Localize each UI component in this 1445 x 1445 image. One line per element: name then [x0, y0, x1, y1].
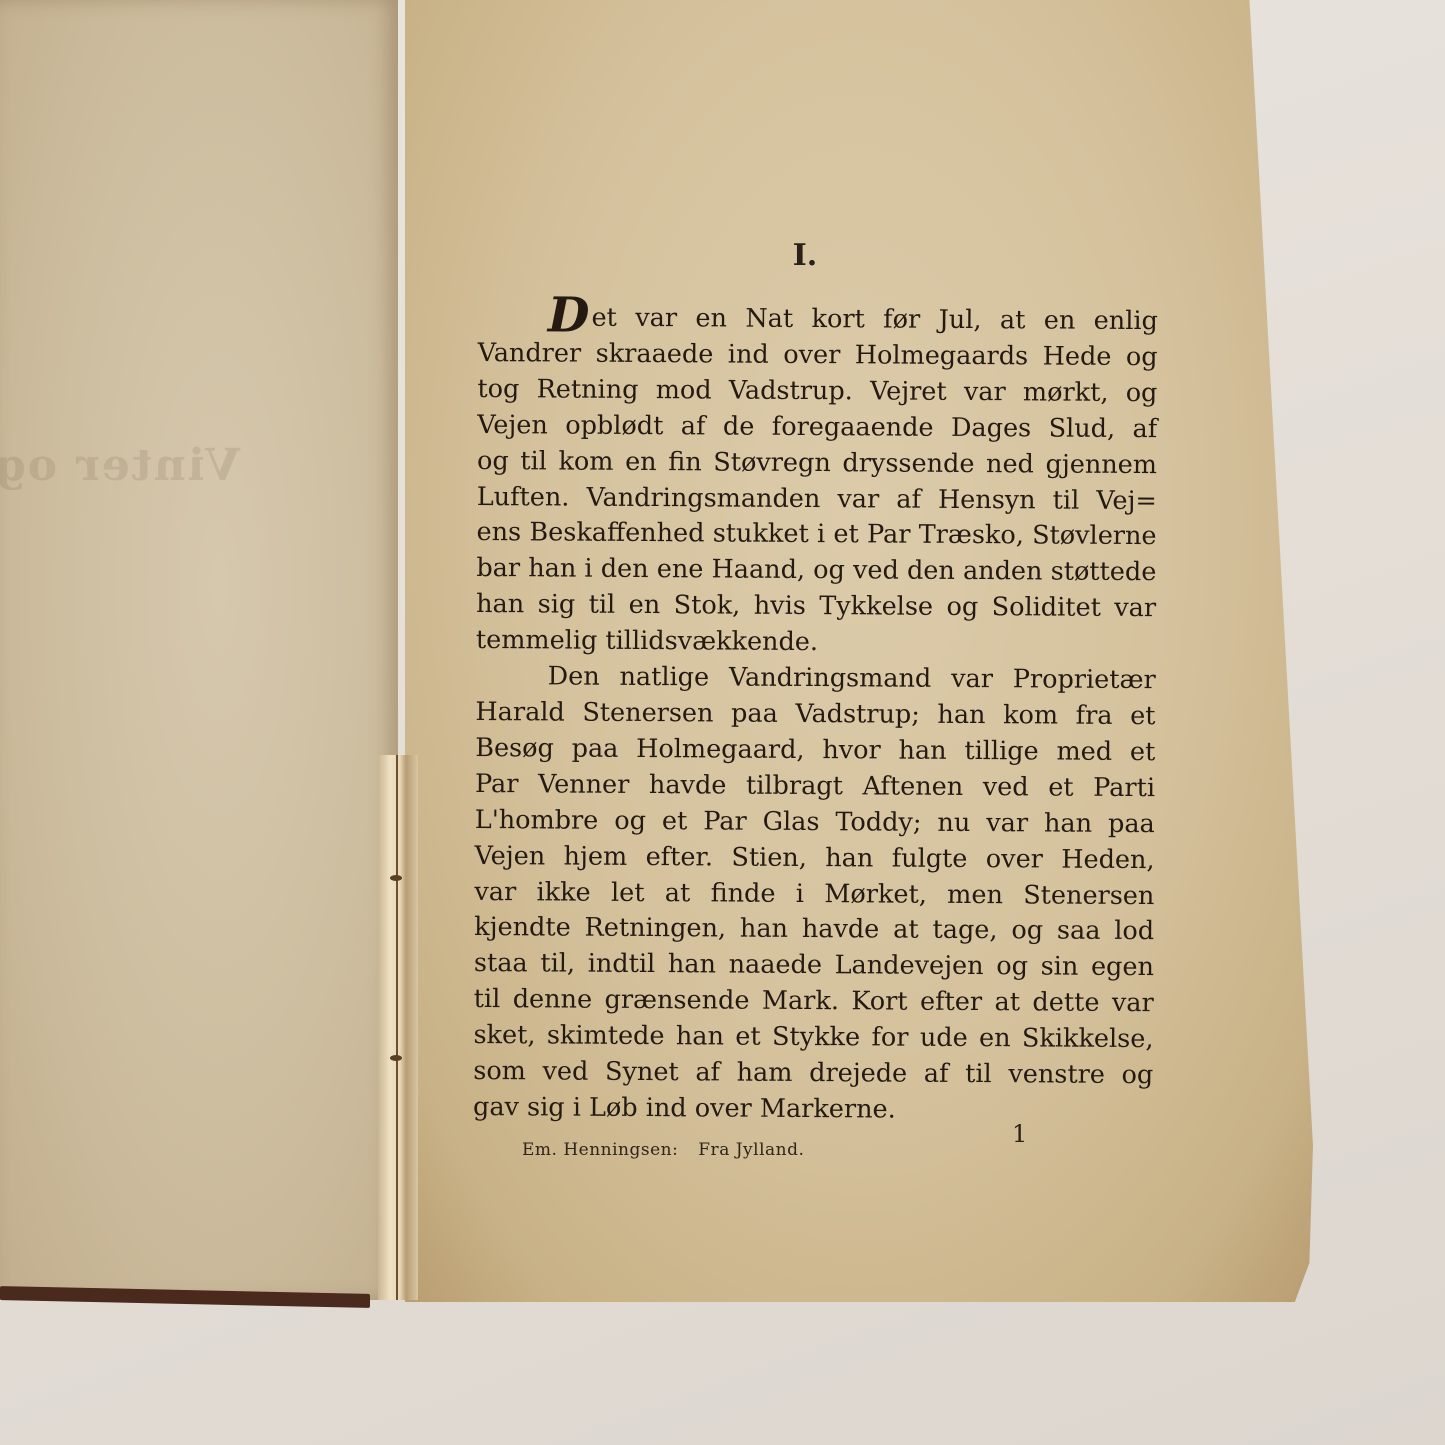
signature-author: Em. Henningsen:: [522, 1140, 678, 1160]
text-line: L'hombre og et Par Glas Toddy; nu var ha…: [475, 803, 1155, 843]
text-line: Harald Stenersen paa Vadstrup; han kom f…: [475, 695, 1155, 735]
text-line: sket, skimtede han et Stykke for ude en …: [473, 1018, 1153, 1058]
text-line: han sig til en Stok, hvis Tykkelse og So…: [476, 587, 1156, 627]
text-line: temmelig tillidsvækkende.: [476, 623, 1156, 663]
printer-signature: Em. Henningsen: Fra Jylland.: [522, 1140, 818, 1160]
text-line: kjendte Retningen, han havde at tage, og…: [474, 910, 1154, 950]
drop-cap: D: [548, 300, 590, 330]
stitch-hole: [390, 875, 402, 881]
text-line: som ved Synet af ham drejede af til vens…: [473, 1054, 1153, 1094]
stitch-hole: [390, 1055, 402, 1061]
signature-title: Fra Jylland.: [698, 1140, 804, 1160]
show-through-text: Vinter og: [0, 440, 240, 491]
text-line: gav sig i Løb ind over Markerne.: [473, 1090, 1153, 1130]
left-page: Vinter og: [0, 0, 398, 1300]
text-line: ens Beskaffenhed stukket i et Par Træsko…: [476, 515, 1156, 555]
text-line: tog Retning mod Vadstrup. Vejret var mør…: [477, 372, 1157, 412]
text-line: til denne grænsende Mark. Kort efter at …: [474, 982, 1154, 1022]
paragraph-1: Det var en Nat kort før Jul, at en enlig…: [476, 300, 1158, 663]
text-line: Besøg paa Holmegaard, hvor han tillige m…: [475, 731, 1155, 771]
paragraph-2: Den natlige Vandringsmand var Proprietær…: [473, 659, 1156, 1130]
text-line: og til kom en fin Støvregn dryssende ned…: [477, 444, 1157, 484]
photo-scene: Vinter og I. Det var en Nat kort før Jul…: [0, 0, 1445, 1445]
body-text: Det var en Nat kort før Jul, at en enlig…: [473, 300, 1158, 1130]
text-line: Den natlige Vandringsmand var Proprietær: [476, 659, 1156, 699]
chapter-heading: I.: [775, 238, 835, 273]
text-line: Vejen opblødt af de foregaaende Dages Sl…: [477, 408, 1157, 448]
torn-spine-gutter: [378, 755, 418, 1300]
text-line: Vejen hjem efter. Stien, han fulgte over…: [474, 839, 1154, 879]
text-line: Par Venner havde tilbragt Aftenen ved et…: [475, 767, 1155, 807]
text-line: staa til, indtil han naaede Landevejen o…: [474, 946, 1154, 986]
text-line: Det var en Nat kort før Jul, at en enlig: [478, 300, 1158, 340]
page-number: 1: [1012, 1120, 1027, 1148]
text-line: bar han i den ene Haand, og ved den ande…: [476, 551, 1156, 591]
text-line: Luften. Vandringsmanden var af Hensyn ti…: [477, 480, 1157, 520]
text-line: var ikke let at finde i Mørket, men Sten…: [474, 874, 1154, 914]
text-line: Vandrer skraaede ind over Holmegaards He…: [478, 336, 1158, 376]
